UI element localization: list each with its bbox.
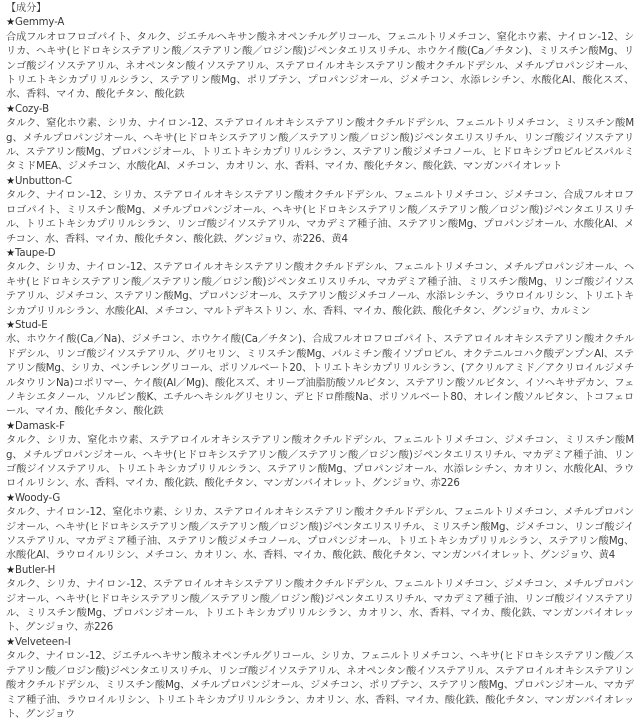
product-name-row: ★Cozy-B	[6, 103, 634, 117]
product-name-row: ★Velveteen-I	[6, 636, 634, 650]
product-name: Woody-G	[15, 493, 60, 504]
product-block: ★Unbutton-C タルク、ナイロン-12、シリカ、ステアロイルオキシステア…	[6, 175, 634, 247]
product-name-row: ★Gemmy-A	[6, 16, 634, 30]
product-block: ★Damask-F タルク、シリカ、窒化ホウ素、ステアロイルオキシステアリン酸オ…	[6, 420, 634, 492]
ingredients-document: 【成分】 ★Gemmy-A 合成フルオロフロゴパイト、タルク、ジエチルヘキサン酸…	[0, 0, 640, 722]
star-icon: ★	[6, 248, 15, 259]
product-block: ★Gemmy-A 合成フルオロフロゴパイト、タルク、ジエチルヘキサン酸ネオペンチ…	[6, 16, 634, 102]
star-icon: ★	[6, 421, 15, 432]
product-name-row: ★Damask-F	[6, 420, 634, 434]
ingredients-list: 合成フルオロフロゴパイト、タルク、ジエチルヘキサン酸ネオペンチルグリコール、フェ…	[6, 31, 634, 103]
ingredients-list: タルク、ナイロン-12、シリカ、ステアロイルオキシステアリン酸オクチルドデシル、…	[6, 189, 634, 247]
star-icon: ★	[6, 493, 15, 504]
star-icon: ★	[6, 320, 15, 331]
section-header: 【成分】	[6, 2, 634, 16]
product-name-row: ★Butler-H	[6, 564, 634, 578]
product-block: ★Stud-E 水、ホウケイ酸(Ca／Na)、ジメチコン、ホウケイ酸(Ca／チタ…	[6, 319, 634, 420]
product-block: ★Cozy-B タルク、窒化ホウ素、シリカ、ナイロン-12、ステアロイルオキシス…	[6, 103, 634, 175]
product-name: Cozy-B	[15, 104, 49, 115]
product-name: Stud-E	[15, 320, 48, 331]
product-name: Unbutton-C	[15, 176, 72, 187]
product-name: Taupe-D	[15, 248, 55, 259]
product-name-row: ★Unbutton-C	[6, 175, 634, 189]
product-name-row: ★Taupe-D	[6, 247, 634, 261]
star-icon: ★	[6, 17, 15, 28]
product-block: ★Woody-G タルク、ナイロン-12、窒化ホウ素、シリカ、ステアロイルオキシ…	[6, 492, 634, 564]
product-name: Butler-H	[15, 565, 55, 576]
ingredients-list: タルク、窒化ホウ素、シリカ、ナイロン-12、ステアロイルオキシステアリン酸オクチ…	[6, 117, 634, 175]
ingredients-list: タルク、シリカ、ナイロン-12、ステアロイルオキシステアリン酸オクチルドデシル、…	[6, 261, 634, 319]
product-name: Velveteen-I	[15, 637, 71, 648]
product-name-row: ★Stud-E	[6, 319, 634, 333]
product-name: Gemmy-A	[15, 17, 64, 28]
product-block: ★Butler-H タルク、シリカ、ナイロン-12、ステアロイルオキシステアリン…	[6, 564, 634, 636]
ingredients-list: タルク、シリカ、ナイロン-12、ステアロイルオキシステアリン酸オクチルドデシル、…	[6, 578, 634, 636]
ingredients-list: タルク、シリカ、窒化ホウ素、ステアロイルオキシステアリン酸オクチルドデシル、フェ…	[6, 434, 634, 492]
ingredients-list: タルク、ナイロン-12、ジエチルヘキサン酸ネオペンチルグリコール、シリカ、フェニ…	[6, 650, 634, 722]
star-icon: ★	[6, 637, 15, 648]
star-icon: ★	[6, 104, 15, 115]
ingredients-list: タルク、ナイロン-12、窒化ホウ素、シリカ、ステアロイルオキシステアリン酸オクチ…	[6, 506, 634, 564]
product-name: Damask-F	[15, 421, 65, 432]
product-block: ★Velveteen-I タルク、ナイロン-12、ジエチルヘキサン酸ネオペンチル…	[6, 636, 634, 722]
ingredients-list: 水、ホウケイ酸(Ca／Na)、ジメチコン、ホウケイ酸(Ca／チタン)、合成フルオ…	[6, 333, 634, 419]
star-icon: ★	[6, 565, 15, 576]
product-block: ★Taupe-D タルク、シリカ、ナイロン-12、ステアロイルオキシステアリン酸…	[6, 247, 634, 319]
star-icon: ★	[6, 176, 15, 187]
product-name-row: ★Woody-G	[6, 492, 634, 506]
